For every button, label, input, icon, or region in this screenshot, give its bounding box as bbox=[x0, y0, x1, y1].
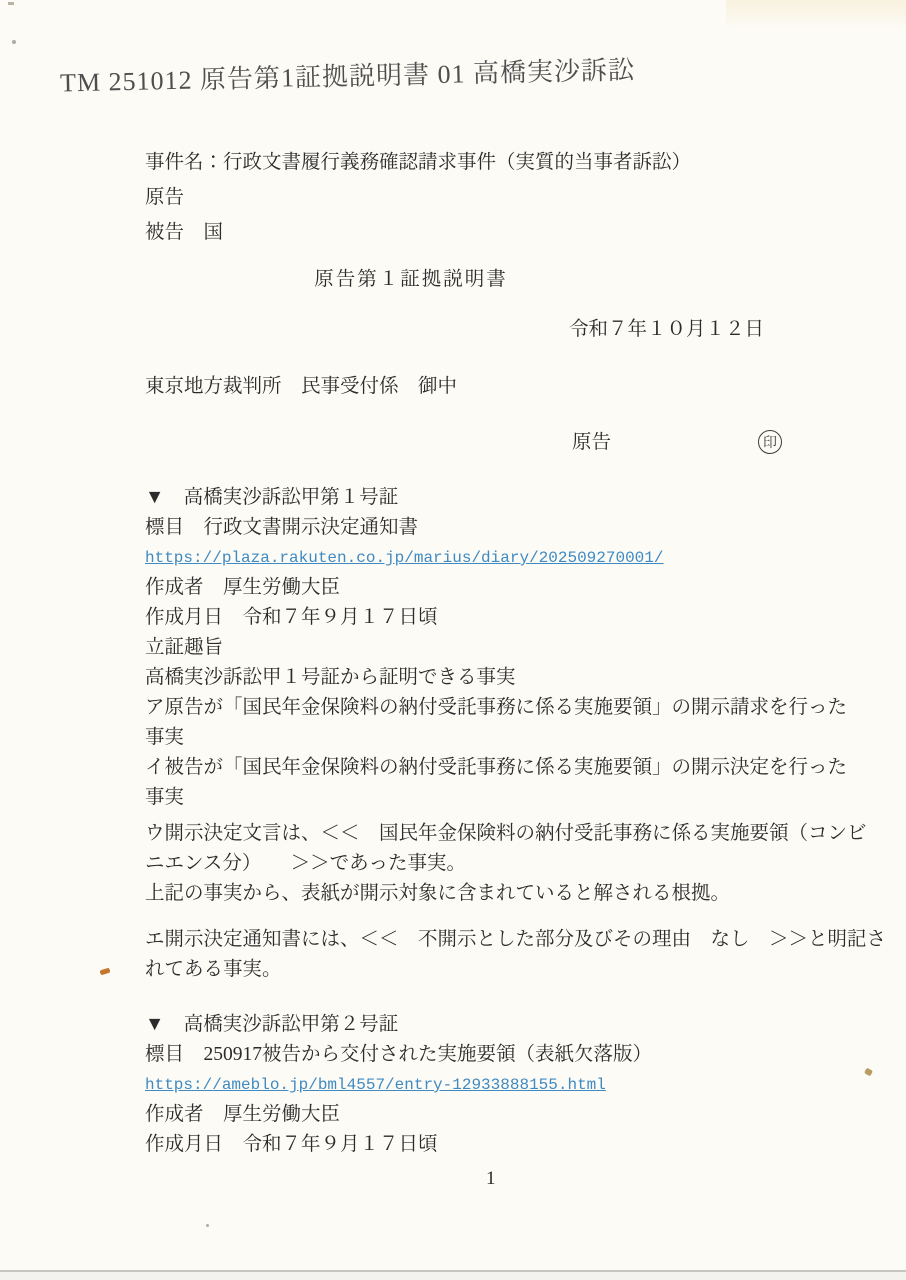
exhibit-2-created-date: 作成月日 令和７年９月１７日頃 bbox=[145, 1130, 857, 1160]
finding-line: れてある事実。 bbox=[145, 955, 857, 985]
exhibit-2-url-line: https://ameblo.jp/bml4557/entry-12933888… bbox=[145, 1070, 857, 1100]
document-title: 原告第１証拠説明書 bbox=[55, 265, 767, 295]
exhibit-1-heading: ▼ 高橋実沙訴訟甲第１号証 bbox=[145, 483, 857, 513]
paper-speck bbox=[12, 40, 16, 44]
document-body: 事件名：行政文書履行義務確認請求事件（実質的当事者訴訟） 原告 被告 国 原告第… bbox=[145, 145, 857, 1160]
exhibit-2-author: 作成者 厚生労働大臣 bbox=[145, 1100, 857, 1130]
case-name: 事件名：行政文書履行義務確認請求事件（実質的当事者訴訟） bbox=[145, 145, 857, 180]
paper-speck bbox=[8, 2, 14, 5]
exhibit-1-url-line: https://plaza.rakuten.co.jp/marius/diary… bbox=[145, 543, 857, 573]
exhibit-1-author: 作成者 厚生労働大臣 bbox=[145, 573, 857, 603]
exhibit-2-heading: ▼ 高橋実沙訴訟甲第２号証 bbox=[145, 1010, 857, 1040]
finding-line: ウ開示決定文言は、＜＜ 国民年金保険料の納付受託事務に係る実施要領（コンビ bbox=[145, 819, 857, 849]
exhibit-1-created-date: 作成月日 令和７年９月１７日頃 bbox=[145, 603, 857, 633]
purpose-line: 高橋実沙訴訟甲１号証から証明できる事実 bbox=[145, 663, 857, 693]
exhibit-2-section: ▼ 高橋実沙訴訟甲第２号証 標目 250917被告から交付された実施要領（表紙欠… bbox=[145, 1010, 857, 1160]
exhibit-2-subject: 標目 250917被告から交付された実施要領（表紙欠落版） bbox=[145, 1040, 857, 1070]
purpose-line: イ被告が「国民年金保険料の納付受託事務に係る実施要領」の開示決定を行った bbox=[145, 753, 857, 783]
seal-mark: 印 bbox=[758, 430, 782, 454]
finding-line: ニエンス分） ＞＞であった事実。 bbox=[145, 849, 857, 879]
plaintiff-line: 原告 bbox=[145, 180, 857, 215]
scanned-document-page: TM 251012 原告第1証拠説明書 01 高橋実沙訴訟 事件名：行政文書履行… bbox=[0, 0, 906, 1280]
signature-row: 原告 印 bbox=[145, 428, 857, 458]
document-date: 令和７年１０月１２日 bbox=[145, 315, 857, 345]
purpose-line: 事実 bbox=[145, 783, 857, 813]
page-number: 1 bbox=[486, 1168, 496, 1190]
purpose-line: ア原告が「国民年金保険料の納付受託事務に係る実施要領」の開示請求を行った bbox=[145, 693, 857, 723]
addressee-line: 東京地方裁判所 民事受付係 御中 bbox=[145, 372, 857, 402]
paper-speck-orange bbox=[99, 968, 110, 976]
defendant-line: 被告 国 bbox=[145, 215, 857, 250]
finding-line: 上記の事実から、表紙が開示対象に含まれていると解される根拠。 bbox=[145, 879, 857, 909]
exhibit-1-url-link[interactable]: https://plaza.rakuten.co.jp/marius/diary… bbox=[145, 549, 663, 567]
exhibit-1-subject: 標目 行政文書開示決定通知書 bbox=[145, 513, 857, 543]
case-header: 事件名：行政文書履行義務確認請求事件（実質的当事者訴訟） 原告 被告 国 bbox=[145, 145, 857, 250]
finding-line: エ開示決定通知書には、＜＜ 不開示とした部分及びその理由 なし ＞＞と明記さ bbox=[145, 925, 857, 955]
paper-speck bbox=[206, 1224, 209, 1227]
exhibit-2-url-link[interactable]: https://ameblo.jp/bml4557/entry-12933888… bbox=[145, 1076, 606, 1094]
scan-edge-band bbox=[0, 1272, 906, 1280]
exhibit-1-section: ▼ 高橋実沙訴訟甲第１号証 標目 行政文書開示決定通知書 https://pla… bbox=[145, 483, 857, 985]
purpose-line: 事実 bbox=[145, 723, 857, 753]
paper-speck-tan bbox=[864, 1068, 873, 1077]
exhibit-1-purpose-label: 立証趣旨 bbox=[145, 633, 857, 663]
signature-label: 原告 bbox=[572, 428, 611, 458]
handwritten-annotation: TM 251012 原告第1証拠説明書 01 高橋実沙訴訟 bbox=[60, 49, 636, 99]
scan-corner-tint bbox=[726, 0, 906, 30]
